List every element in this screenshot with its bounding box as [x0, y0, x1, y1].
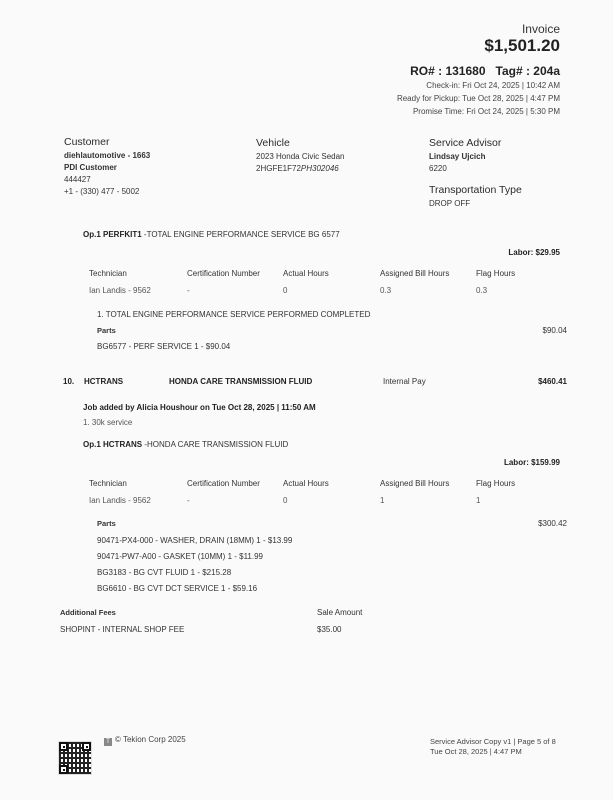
- job10-name: HONDA CARE TRANSMISSION FLUID: [169, 377, 312, 386]
- job10-header-flag-hours: Flag Hours: [476, 479, 515, 488]
- job10-header-assigned-bill-hours: Assigned Bill Hours: [380, 479, 449, 488]
- vin-suffix: PH302046: [301, 164, 339, 173]
- job10-header-technician: Technician: [89, 479, 127, 488]
- ready-for-pickup-time: Ready for Pickup: Tue Oct 28, 2025 | 4:4…: [397, 94, 560, 103]
- invoice-label: Invoice: [522, 22, 560, 36]
- additional-fees-header: Additional Fees: [60, 608, 116, 617]
- fee-name: SHOPINT - INTERNAL SHOP FEE: [60, 625, 184, 634]
- job10-pay-type: Internal Pay: [383, 377, 426, 386]
- op1-header-actual-hours: Actual Hours: [283, 269, 329, 278]
- job10-header-actual-hours: Actual Hours: [283, 479, 329, 488]
- service-advisor-name: Lindsay Ujcich: [429, 151, 485, 163]
- job10-certification: -: [187, 496, 190, 505]
- op1-parts-label: Parts: [97, 326, 116, 335]
- transportation-title: Transportation Type: [429, 184, 522, 196]
- sale-amount-header: Sale Amount: [317, 608, 362, 617]
- op1-certification: -: [187, 286, 190, 295]
- job10-part-2: BG3183 - BG CVT FLUID 1 - $215.28: [97, 568, 231, 577]
- op1-header-flag-hours: Flag Hours: [476, 269, 515, 278]
- service-advisor-title: Service Advisor: [429, 137, 501, 149]
- tekion-logo-icon: T: [104, 738, 112, 746]
- customer-block: diehlautomotive - 1663 PDI Customer 4444…: [64, 150, 150, 198]
- printed-date: Tue Oct 28, 2025 | 4:47 PM: [430, 747, 556, 757]
- job10-op-code: Op.1 HCTRANS: [83, 440, 142, 449]
- job10-actual-hours: 0: [283, 496, 287, 505]
- op1-labor: Labor: $29.95: [508, 248, 560, 257]
- service-advisor-id: 6220: [429, 163, 485, 175]
- job10-labor: Labor: $159.99: [504, 458, 560, 467]
- job10-part-0: 90471-PX4-000 - WASHER, DRAIN (18MM) 1 -…: [97, 536, 292, 545]
- job10-concern: 1. 30k service: [83, 418, 132, 427]
- copyright-text: © Tekion Corp 2025: [115, 735, 186, 744]
- transportation-value: DROP OFF: [429, 198, 470, 210]
- job10-code: HCTRANS: [84, 377, 123, 386]
- op1-code: Op.1 PERFKIT1: [83, 230, 142, 239]
- customer-title: Customer: [64, 136, 110, 148]
- customer-type: PDI Customer: [64, 162, 150, 174]
- job10-total: $460.41: [538, 377, 567, 386]
- check-in-time: Check-in: Fri Oct 24, 2025 | 10:42 AM: [426, 81, 560, 90]
- job10-header-certification: Certification Number: [187, 479, 260, 488]
- op1-parts-total: $90.04: [543, 326, 567, 335]
- service-advisor-block: Lindsay Ujcich 6220: [429, 151, 485, 175]
- job10-added-by: Job added by Alicia Houshour on Tue Oct …: [83, 403, 316, 412]
- op1-actual-hours: 0: [283, 286, 287, 295]
- job10-assigned-bill-hours: 1: [380, 496, 384, 505]
- customer-id: 444427: [64, 174, 150, 186]
- footer-page-info: Service Advisor Copy v1 | Page 5 of 8 Tu…: [430, 737, 556, 757]
- job10-op-description: -HONDA CARE TRANSMISSION FLUID: [142, 440, 288, 449]
- job10-parts-total: $300.42: [538, 519, 567, 528]
- job10-parts-label: Parts: [97, 519, 116, 528]
- op1-part-0: BG6577 - PERF SERVICE 1 - $90.04: [97, 342, 230, 351]
- op1-flag-hours: 0.3: [476, 286, 487, 295]
- job10-number: 10.: [63, 377, 74, 386]
- qr-code: [58, 741, 92, 775]
- ro-tag-line: RO# : 131680Tag# : 204a: [410, 64, 560, 78]
- customer-phone: +1 - (330) 477 - 5002: [64, 186, 150, 198]
- job10-part-3: BG6610 - BG CVT DCT SERVICE 1 - $59.16: [97, 584, 257, 593]
- invoice-total: $1,501.20: [484, 36, 560, 56]
- vehicle-title: Vehicle: [256, 137, 290, 149]
- op1-header-certification: Certification Number: [187, 269, 260, 278]
- vehicle-block: 2023 Honda Civic Sedan 2HGFE1F72PH302046: [256, 151, 345, 175]
- footer-copyright: T© Tekion Corp 2025: [104, 735, 186, 746]
- op1-technician: Ian Landis - 9562: [89, 286, 151, 295]
- op1-story: 1. TOTAL ENGINE PERFORMANCE SERVICE PERF…: [97, 310, 370, 319]
- copy-info: Service Advisor Copy v1 | Page 5 of 8: [430, 737, 556, 747]
- tag-number: Tag# : 204a: [496, 64, 560, 78]
- vehicle-description: 2023 Honda Civic Sedan: [256, 151, 345, 163]
- vin-prefix: 2HGFE1F72: [256, 164, 301, 173]
- op1-assigned-bill-hours: 0.3: [380, 286, 391, 295]
- customer-name: diehlautomotive - 1663: [64, 150, 150, 162]
- op1-header-technician: Technician: [89, 269, 127, 278]
- op1-description: -TOTAL ENGINE PERFORMANCE SERVICE BG 657…: [142, 230, 340, 239]
- fee-amount: $35.00: [317, 625, 341, 634]
- op1-header-assigned-bill-hours: Assigned Bill Hours: [380, 269, 449, 278]
- ro-number: RO# : 131680: [410, 64, 485, 78]
- job10-part-1: 90471-PW7-A00 - GASKET (10MM) 1 - $11.99: [97, 552, 263, 561]
- op1-title: Op.1 PERFKIT1 -TOTAL ENGINE PERFORMANCE …: [83, 230, 340, 239]
- job10-flag-hours: 1: [476, 496, 480, 505]
- job10-technician: Ian Landis - 9562: [89, 496, 151, 505]
- job10-op-title: Op.1 HCTRANS -HONDA CARE TRANSMISSION FL…: [83, 440, 288, 449]
- vehicle-vin: 2HGFE1F72PH302046: [256, 163, 345, 175]
- promise-time: Promise Time: Fri Oct 24, 2025 | 5:30 PM: [413, 107, 560, 116]
